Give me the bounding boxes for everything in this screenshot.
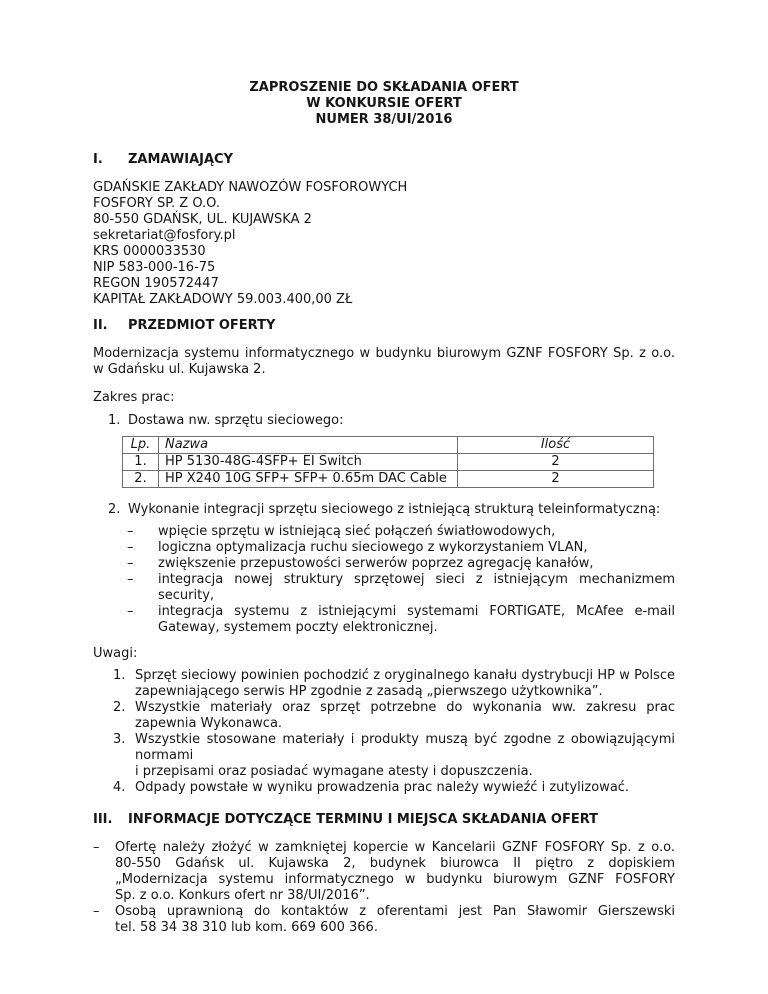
numbered-item: 3.Wszystkie stosowane materiały i produk…: [113, 732, 675, 780]
dash-bullet: –: [127, 572, 158, 604]
text-line: zapewniającego serwis HP zgodnie z zasad…: [135, 684, 675, 700]
text-line: Dostawa nw. sprzętu sieciowego:: [128, 413, 675, 429]
text-line: logiczna optymalizacja ruchu sieciowego …: [158, 540, 675, 556]
list-item-text: Ofertę należy złożyć w zamkniętej koperc…: [115, 840, 675, 904]
section-1-heading: I.ZAMAWIAJĄCY: [93, 152, 675, 168]
text-line: w Gdańsku ul. Kujawska 2.: [93, 362, 675, 378]
text-line: normami: [135, 748, 675, 764]
dash-bullet: –: [127, 540, 158, 556]
text-line: NIP 583-000-16-75: [93, 260, 675, 276]
text-line: zapewnia Wykonawca.: [135, 716, 675, 732]
list-item: –integracja systemu z istniejącymi syste…: [127, 604, 675, 636]
numbered-item-text: Wszystkie materiały oraz sprzęt potrzebn…: [135, 700, 675, 732]
text-line: ZAPROSZENIE DO SKŁADANIA OFERT: [93, 80, 675, 96]
numbered-item-text: Odpady powstałe w wyniku prowadzenia pra…: [135, 780, 675, 796]
text-line: GDAŃSKIE ZAKŁADY NAWOZÓW FOSFOROWYCH: [93, 180, 675, 196]
section-3-number: III.: [93, 812, 128, 828]
item-number: 2.: [113, 700, 135, 732]
document-page: ZAPROSZENIE DO SKŁADANIA OFERTW KONKURSI…: [0, 0, 768, 994]
table-row: 2.HP X240 10G SFP+ SFP+ 0.65m DAC Cable2: [123, 471, 654, 488]
numbered-item: 1.Sprzęt sieciowy powinien pochodzić z o…: [113, 668, 675, 700]
list-item-text: integracja nowej struktury sprzętowej si…: [158, 572, 675, 604]
section-1-number: I.: [93, 152, 128, 168]
list-item: –logiczna optymalizacja ruchu sieciowego…: [127, 540, 675, 556]
list-item: –Osobą uprawnioną do kontaktów z oferent…: [93, 904, 675, 936]
notes-list: 1.Sprzęt sieciowy powinien pochodzić z o…: [113, 668, 675, 796]
list-item-text: Osobą uprawnioną do kontaktów z oferenta…: [115, 904, 675, 936]
scope-item-1-text: Dostawa nw. sprzętu sieciowego:: [128, 413, 675, 429]
numbered-item: 4.Odpady powstałe w wyniku prowadzenia p…: [113, 780, 675, 796]
list-item-text: integracja systemu z istniejącymi system…: [158, 604, 675, 636]
list-item: –zwiększenie przepustowości serwerów pop…: [127, 556, 675, 572]
text-line: Wszystkie materiały oraz sprzęt potrzebn…: [135, 700, 675, 716]
dash-bullet: –: [127, 556, 158, 572]
text-line: sekretariat@fosfory.pl: [93, 228, 675, 244]
notes-label: Uwagi:: [93, 646, 675, 662]
list-item: –integracja nowej struktury sprzętowej s…: [127, 572, 675, 604]
scope-item-2: 2. Wykonanie integracji sprzętu sieciowe…: [108, 502, 675, 518]
text-line: Modernizacja systemu informatycznego w b…: [93, 346, 675, 362]
text-line: wpięcie sprzętu w istniejącą sieć połącz…: [158, 524, 675, 540]
item-number: 4.: [113, 780, 135, 796]
integration-bullet-list: –wpięcie sprzętu w istniejącą sieć połąc…: [127, 524, 675, 636]
list-item: –wpięcie sprzętu w istniejącą sieć połąc…: [127, 524, 675, 540]
section-2-heading: II.PRZEDMIOT OFERTY: [93, 318, 675, 334]
scope-label: Zakres prac:: [93, 390, 675, 406]
dash-bullet: –: [127, 604, 158, 636]
text-line: Osobą uprawnioną do kontaktów z oferenta…: [115, 904, 675, 920]
section-2-number: II.: [93, 318, 128, 334]
column-header: Lp.: [123, 437, 159, 454]
table-cell: 1.: [123, 454, 159, 471]
text-line: Odpady powstałe w wyniku prowadzenia pra…: [135, 780, 675, 796]
text-line: Wszystkie stosowane materiały i produkty…: [135, 732, 675, 748]
dash-bullet: –: [93, 840, 115, 904]
list-item-text: zwiększenie przepustowości serwerów popr…: [158, 556, 675, 572]
text-line: W KONKURSIE OFERT: [93, 96, 675, 112]
equipment-table: Lp.NazwaIlość1.HP 5130-48G-4SFP+ EI Swit…: [122, 436, 654, 488]
table-cell: 2: [458, 454, 654, 471]
document-title: ZAPROSZENIE DO SKŁADANIA OFERTW KONKURSI…: [93, 80, 675, 128]
section-3-heading: III.INFORMACJE DOTYCZĄCE TERMINU I MIEJS…: [93, 812, 675, 828]
list-item-text: logiczna optymalizacja ruchu sieciowego …: [158, 540, 675, 556]
table-cell: 2.: [123, 471, 159, 488]
scope-item-2-text: Wykonanie integracji sprzętu sieciowego …: [128, 502, 675, 518]
text-line: integracja nowej struktury sprzętowej si…: [158, 572, 675, 588]
submission-bullet-list: –Ofertę należy złożyć w zamkniętej koper…: [93, 840, 675, 936]
list-item-text: wpięcie sprzętu w istniejącą sieć połącz…: [158, 524, 675, 540]
column-header: Ilość: [458, 437, 654, 454]
text-line: integracja systemu z istniejącymi system…: [158, 604, 675, 620]
text-line: i przepisami oraz posiadać wymagane ates…: [135, 764, 675, 780]
text-line: Sprzęt sieciowy powinien pochodzić z ory…: [135, 668, 675, 684]
numbered-item: 2.Wszystkie materiały oraz sprzęt potrze…: [113, 700, 675, 732]
text-line: NUMER 38/UI/2016: [93, 112, 675, 128]
column-header: Nazwa: [159, 437, 458, 454]
text-line: 80-550 GDAŃSK, UL. KUJAWSKA 2: [93, 212, 675, 228]
text-line: tel. 58 34 38 310 lub kom. 669 600 366.: [115, 920, 675, 936]
subject-paragraph: Modernizacja systemu informatycznego w b…: [93, 346, 675, 378]
table-cell: HP 5130-48G-4SFP+ EI Switch: [159, 454, 458, 471]
buyer-details: GDAŃSKIE ZAKŁADY NAWOZÓW FOSFOROWYCHFOSF…: [93, 180, 675, 308]
dash-bullet: –: [93, 904, 115, 936]
text-line: FOSFORY SP. Z O.O.: [93, 196, 675, 212]
text-line: Ofertę należy złożyć w zamkniętej koperc…: [115, 840, 675, 856]
section-1-title: ZAMAWIAJĄCY: [128, 152, 233, 167]
text-line: REGON 190572447: [93, 276, 675, 292]
dash-bullet: –: [127, 524, 158, 540]
text-line: 80-550 Gdańsk ul. Kujawska 2, budynek bi…: [115, 856, 675, 872]
section-2-title: PRZEDMIOT OFERTY: [128, 318, 275, 333]
text-line: Gateway, systemem poczty elektronicznej.: [158, 620, 675, 636]
text-line: KAPITAŁ ZAKŁADOWY 59.003.400,00 ZŁ: [93, 292, 675, 308]
table-cell: HP X240 10G SFP+ SFP+ 0.65m DAC Cable: [159, 471, 458, 488]
list-item: –Ofertę należy złożyć w zamkniętej koper…: [93, 840, 675, 904]
text-line: Sp. z o.o. Konkurs ofert nr 38/UI/2016”.: [115, 888, 675, 904]
text-line: „Modernizacja systemu informatycznego w …: [115, 872, 675, 888]
table-row: 1.HP 5130-48G-4SFP+ EI Switch2: [123, 454, 654, 471]
numbered-item-text: Sprzęt sieciowy powinien pochodzić z ory…: [135, 668, 675, 700]
text-line: security,: [158, 588, 675, 604]
text-line: zwiększenie przepustowości serwerów popr…: [158, 556, 675, 572]
section-3-title: INFORMACJE DOTYCZĄCE TERMINU I MIEJSCA S…: [128, 812, 598, 827]
table-header-row: Lp.NazwaIlość: [123, 437, 654, 454]
numbered-item-text: Wszystkie stosowane materiały i produkty…: [135, 732, 675, 780]
text-line: Wykonanie integracji sprzętu sieciowego …: [128, 502, 675, 518]
scope-item-1-number: 1.: [108, 413, 128, 429]
scope-item-1: 1. Dostawa nw. sprzętu sieciowego:: [108, 413, 675, 429]
scope-item-2-number: 2.: [108, 502, 128, 518]
item-number: 3.: [113, 732, 135, 780]
text-line: KRS 0000033530: [93, 244, 675, 260]
table-cell: 2: [458, 471, 654, 488]
item-number: 1.: [113, 668, 135, 700]
